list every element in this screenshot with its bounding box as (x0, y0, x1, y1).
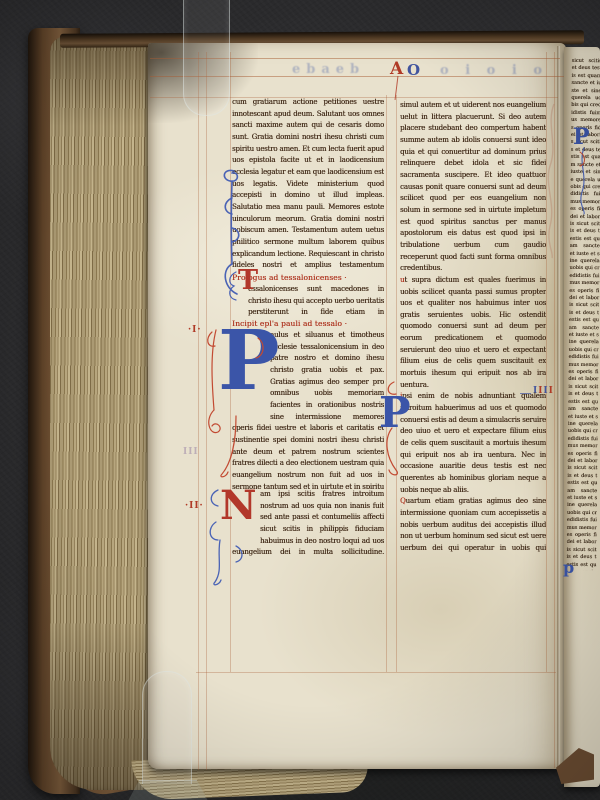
running-header-showthrough-left: ebaeb (292, 62, 365, 77)
initial-P-column: P (379, 392, 411, 434)
column2-paragraph: Quartum etiam gratias agimus deo sine in… (400, 496, 546, 556)
fold-showthrough-flourish (544, 100, 562, 260)
running-header-letter-blue: O (407, 61, 420, 79)
initial-T-blue-flourish (226, 270, 238, 302)
page-holder-clip-bottom (142, 671, 192, 784)
initial-P-red-filigree (200, 322, 270, 482)
page-stack-fore-edge (50, 36, 152, 790)
initial-T-prologue: T (238, 267, 258, 294)
column2-paragraph: ut supra dictum est quales fuerimus in u… (400, 275, 546, 392)
column1-body-end-of-previous: cum gratiarum actione petitiones uestre … (232, 97, 384, 272)
margin-numeral-showthrough: III (183, 447, 199, 457)
ruling-line-h (196, 672, 556, 673)
margin-numeral-chapter2: ·II· (185, 501, 204, 511)
text-column-right: simul autem et ut uiderent nos euangeliu… (400, 100, 546, 556)
column2-paragraph: simul autem et ut uiderent nos euangeliu… (400, 100, 546, 275)
initial-N-blue-filigree (206, 486, 246, 586)
page-holder-clip-base (128, 780, 208, 800)
running-header-showthrough-right: o i o i o (440, 63, 548, 78)
facing-page-small-initial: p (563, 560, 574, 576)
facing-page-initial-flourish (576, 146, 592, 216)
column2-paragraph: ipsi enim de nobis adnuntiant qualem int… (400, 391, 546, 496)
ruling-line-v (198, 52, 199, 770)
facing-page-initial-p: P (573, 126, 590, 148)
page-holder-clip-top (183, 0, 230, 116)
